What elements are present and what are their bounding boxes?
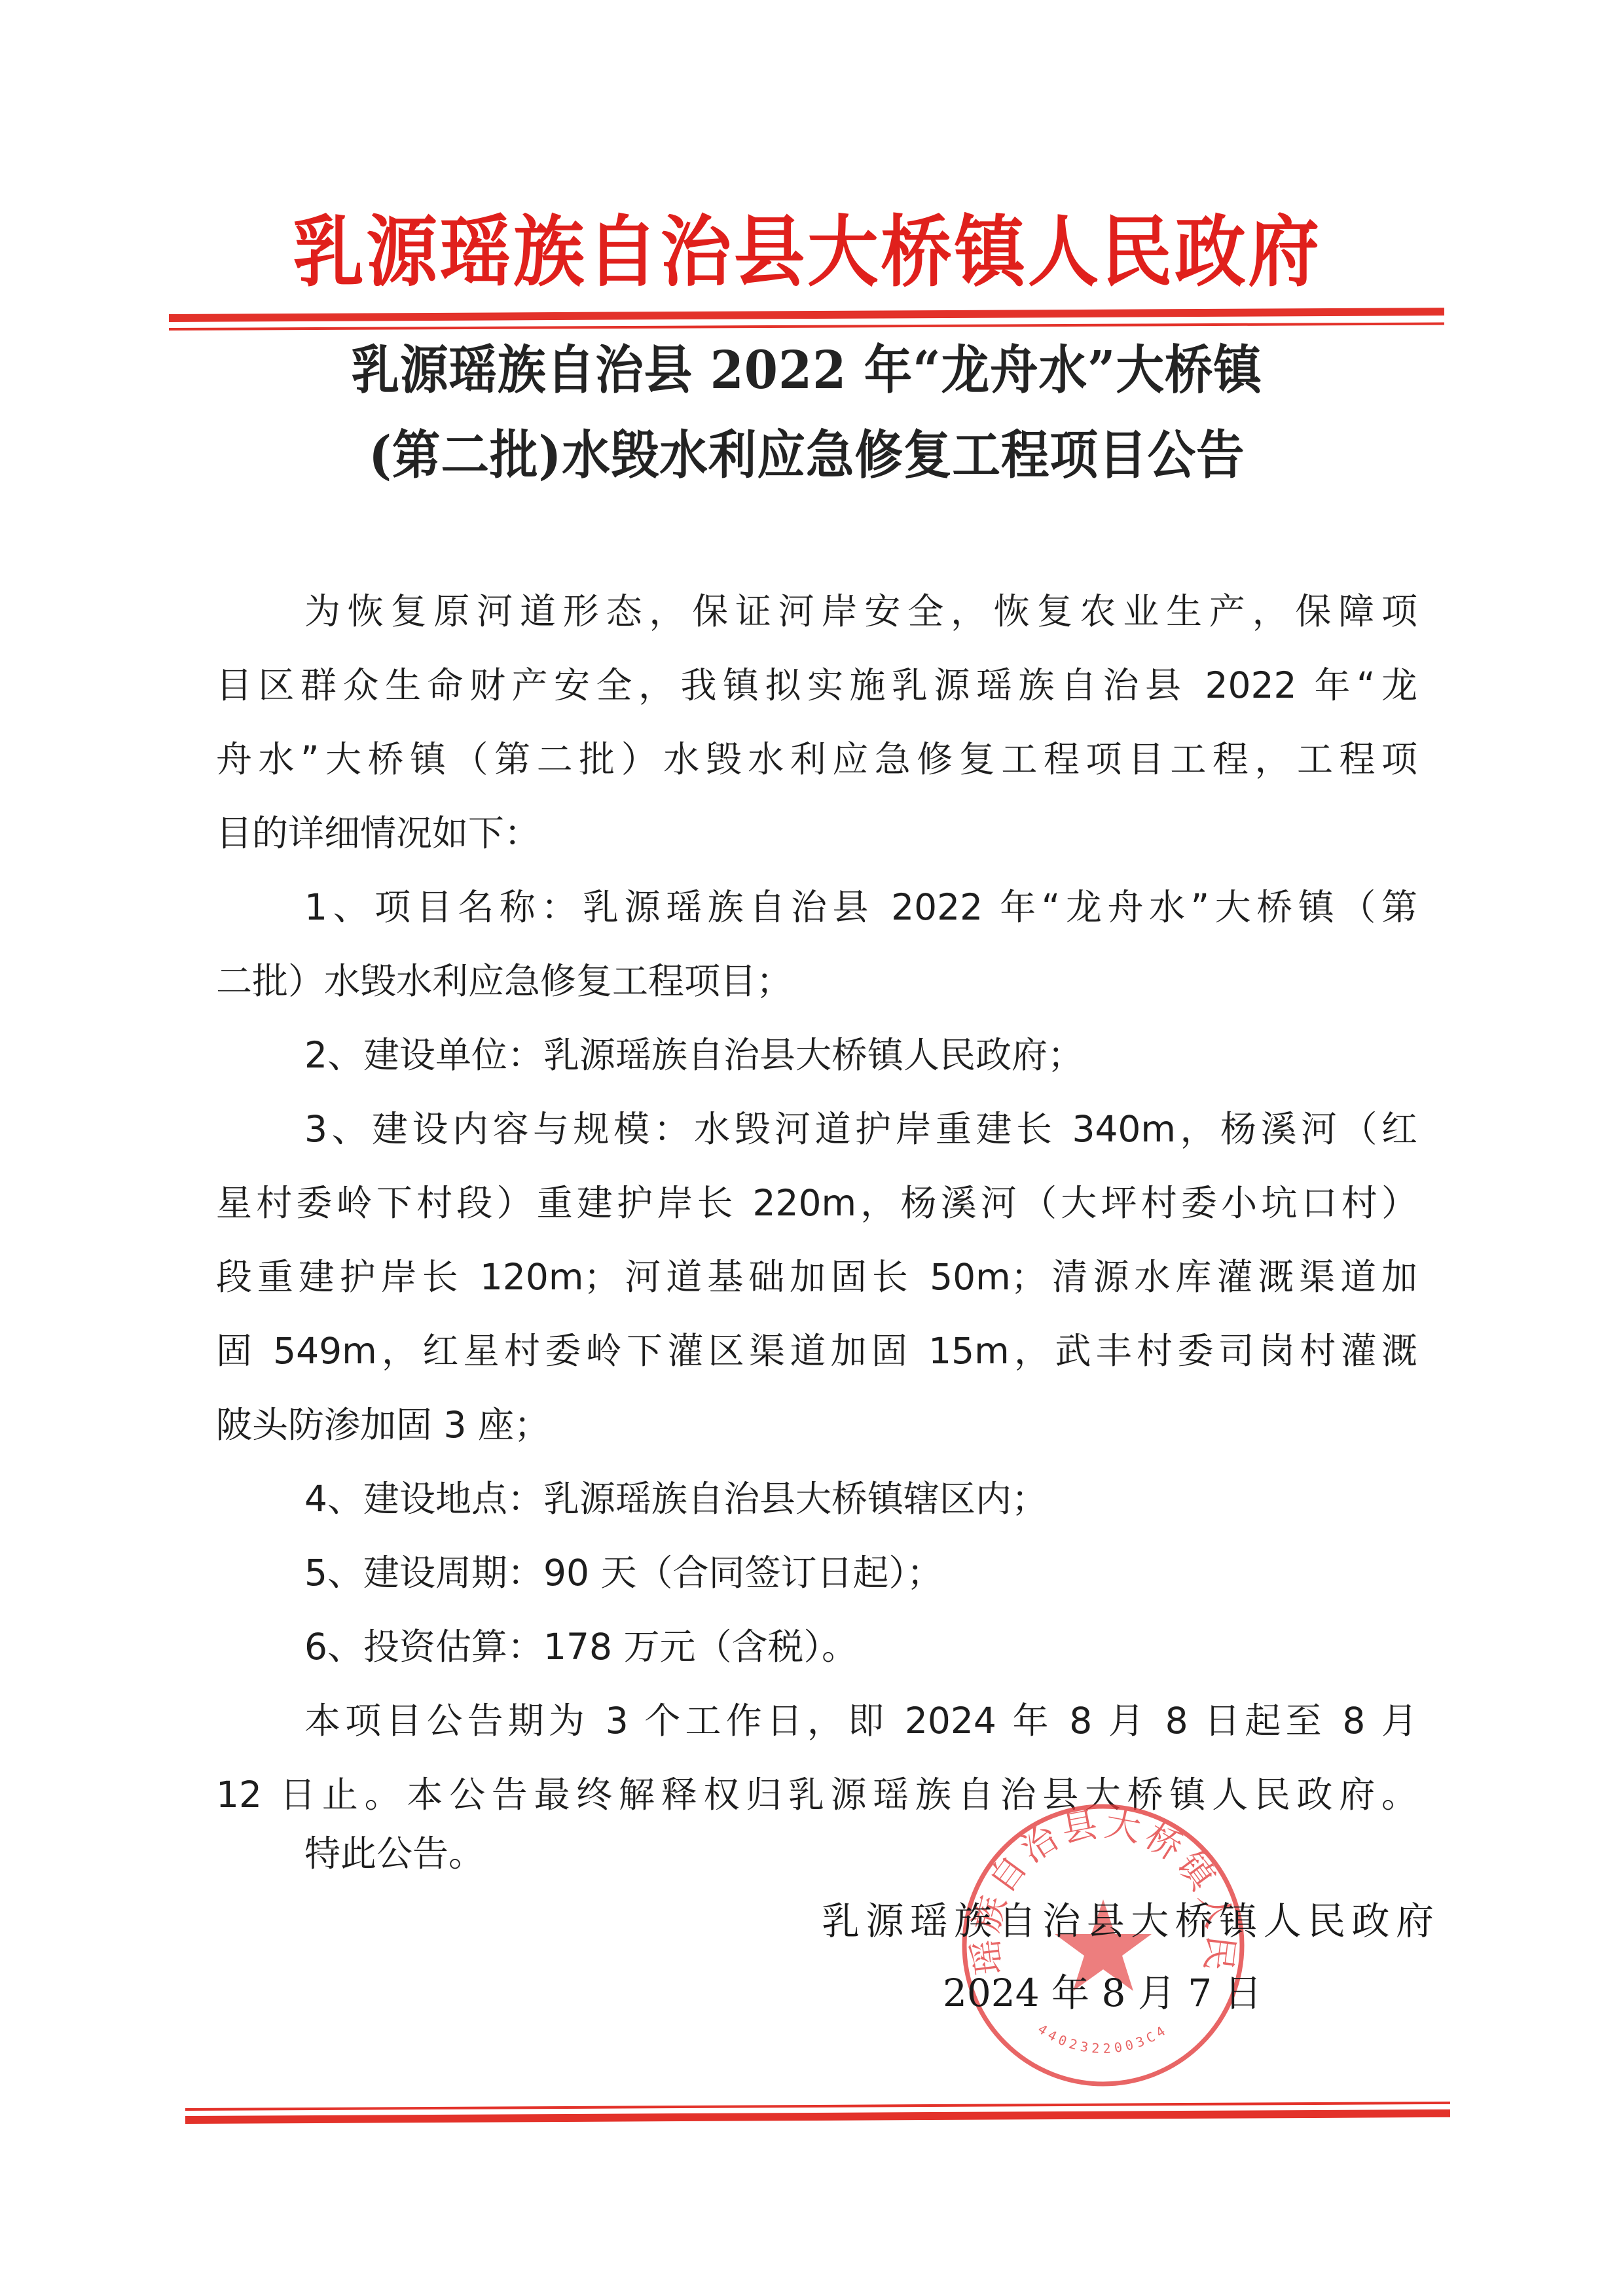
- intro-line: 为恢复原河道形态，保证河岸安全，恢复农业生产，保障项: [304, 575, 1417, 649]
- item-project-name: 1、项目名称：乳源瑶族自治县 2022 年“龙舟水”大桥镇（第: [304, 870, 1417, 944]
- title-line-2-text: (第二批)水毁水利应急修复工程项目公告: [369, 419, 1245, 491]
- header-red-rule-thin: [169, 323, 1444, 331]
- item-builder: 2、建设单位：乳源瑶族自治县大桥镇人民政府；: [304, 1018, 1417, 1092]
- footer-red-rule-thick: [185, 2109, 1450, 2124]
- item-scope: 3、建设内容与规模：水毁河道护岸重建长 340m，杨溪河（红: [304, 1092, 1417, 1166]
- document-title-line-1: 乳源瑶族自治县 2022 年“龙舟水”大桥镇: [169, 334, 1444, 406]
- intro-line: 目区群众生命财产安全，我镇拟实施乳源瑶族自治县 2022 年“龙: [216, 649, 1417, 723]
- intro-line: 舟水”大桥镇（第二批）水毁水利应急修复工程项目工程，工程项: [216, 723, 1417, 797]
- title-line-1-text: 乳源瑶族自治县 2022 年“龙舟水”大桥镇: [351, 334, 1262, 406]
- footer-red-rule-thin: [185, 2102, 1450, 2111]
- intro-line: 目的详细情况如下：: [216, 797, 1417, 870]
- closing-remark: 特此公告。: [304, 1817, 1417, 1891]
- masthead-issuer: 乳源瑶族自治县大桥镇人民政府: [169, 196, 1446, 308]
- item-scope-cont: 固 549m，红星村委岭下灌区渠道加固 15m，武丰村委司岗村灌溉: [216, 1314, 1417, 1388]
- signature-date: 2024 年 8 月 7 日: [943, 1957, 1250, 2029]
- masthead-text: 乳源瑶族自治县大桥镇人民政府: [293, 196, 1321, 308]
- signature-issuer: 乳源瑶族自治县大桥镇人民政府: [822, 1885, 1434, 1957]
- item-scope-cont: 段重建护岸长 120m；河道基础加固长 50m；清源水库灌溉渠道加: [216, 1240, 1417, 1314]
- document-title-line-2: (第二批)水毁水利应急修复工程项目公告: [169, 419, 1444, 491]
- item-project-name-cont: 二批）水毁水利应急修复工程项目；: [216, 944, 1417, 1018]
- item-scope-cont: 星村委岭下村段）重建护岸长 220m，杨溪河（大坪村委小坑口村）: [216, 1166, 1417, 1240]
- item-budget: 6、投资估算：178 万元（含税）。: [304, 1610, 1417, 1684]
- item-duration: 5、建设周期：90 天（合同签订日起）；: [304, 1536, 1417, 1610]
- item-location: 4、建设地点：乳源瑶族自治县大桥镇辖区内；: [304, 1462, 1417, 1536]
- item-scope-cont: 陂头防渗加固 3 座；: [216, 1388, 1417, 1462]
- notice-period-line: 本项目公告期为 3 个工作日，即 2024 年 8 月 8 日起至 8 月: [304, 1684, 1417, 1758]
- header-red-rule-thick: [169, 308, 1444, 322]
